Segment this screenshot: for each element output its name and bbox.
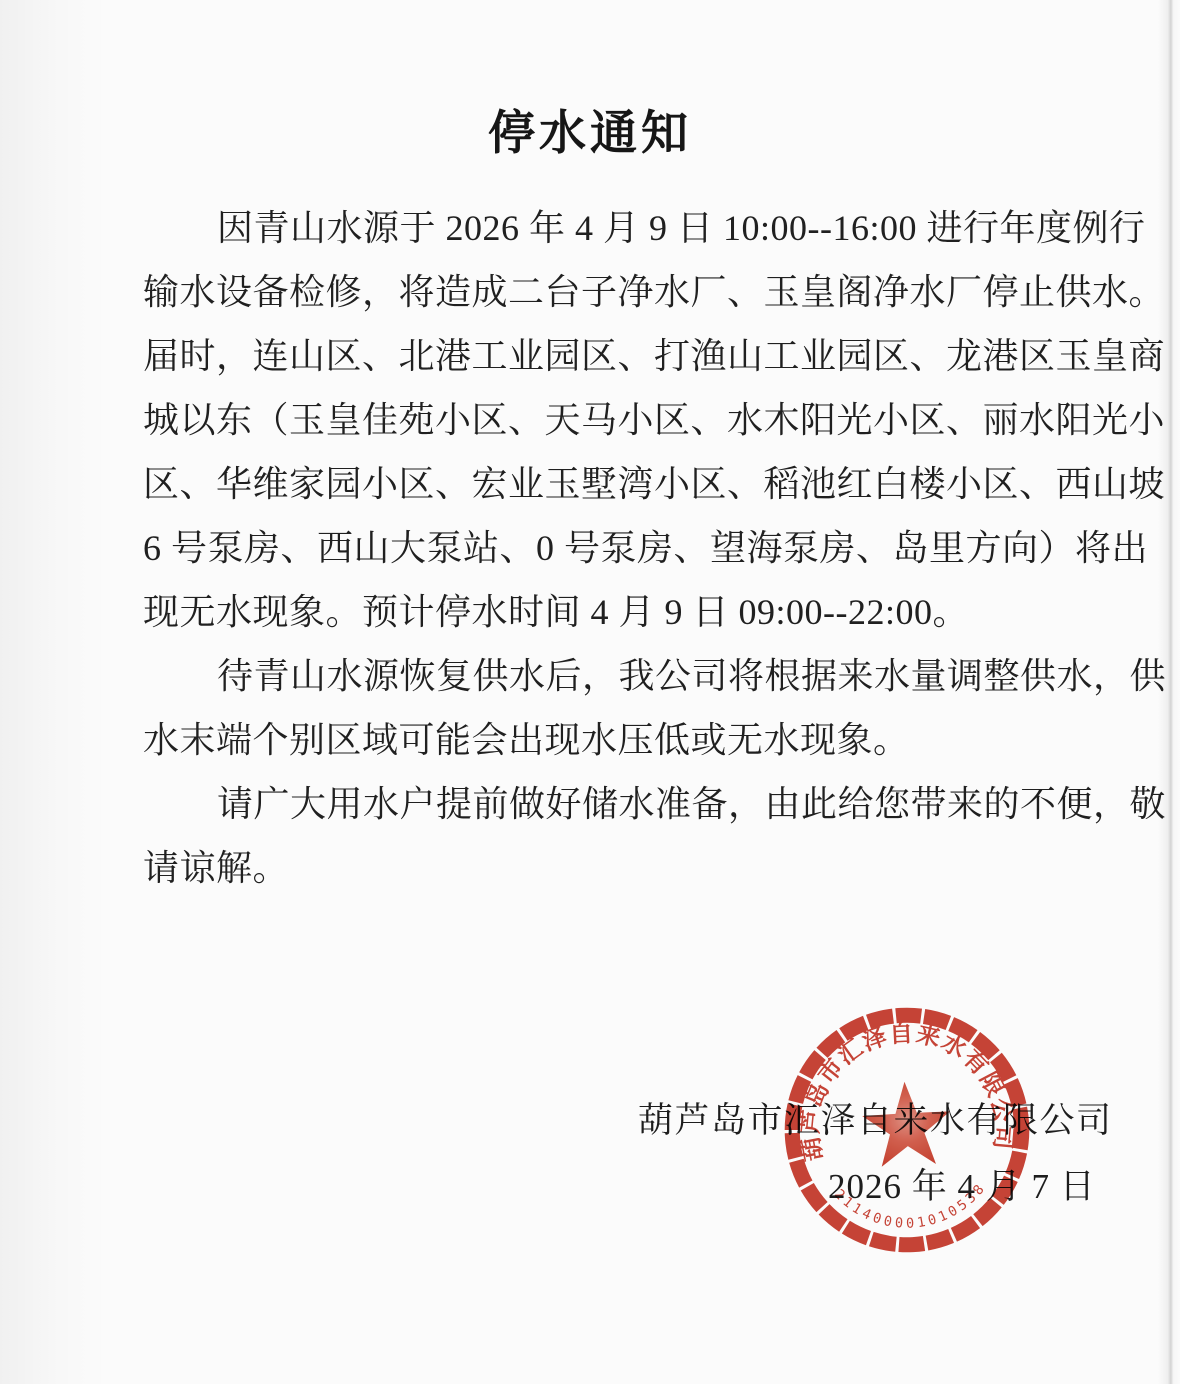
notice-title: 停水通知 (0, 96, 1180, 163)
body-line: 因青山水源于 2026 年 4 月 9 日 10:00--16:00 进行年度例… (143, 196, 1143, 260)
body-line: 区、华维家园小区、宏业玉墅湾小区、稻池红白楼小区、西山坡 (143, 452, 1143, 516)
body-line: 现无水现象。预计停水时间 4 月 9 日 09:00--22:00。 (143, 580, 1143, 644)
body-line: 城以东（玉皇佳苑小区、天马小区、水木阳光小区、丽水阳光小 (143, 388, 1143, 452)
body-line: 届时，连山区、北港工业园区、打渔山工业园区、龙港区玉皇商 (143, 324, 1143, 388)
signature-company-name: 葫芦岛市汇泽自来水有限公司 (638, 1100, 1113, 1142)
body-line: 6 号泵房、西山大泵站、0 号泵房、望海泵房、岛里方向）将出 (143, 516, 1143, 580)
signature-date: 2026 年 4 月 7 日 (828, 1166, 1096, 1208)
body-line: 水末端个别区域可能会出现水压低或无水现象。 (143, 708, 1143, 772)
body-line: 请广大用水户提前做好储水准备，由此给您带来的不便，敬 (143, 772, 1143, 836)
notice-body: 因青山水源于 2026 年 4 月 9 日 10:00--16:00 进行年度例… (143, 196, 1143, 900)
body-line: 待青山水源恢复供水后，我公司将根据来水量调整供水，供 (143, 644, 1143, 708)
body-line: 输水设备检修，将造成二台子净水厂、玉皇阁净水厂停止供水。 (143, 260, 1143, 324)
body-line: 请谅解。 (143, 836, 1143, 900)
notice-document-page: 停水通知 因青山水源于 2026 年 4 月 9 日 10:00--16:00 … (0, 0, 1180, 1384)
